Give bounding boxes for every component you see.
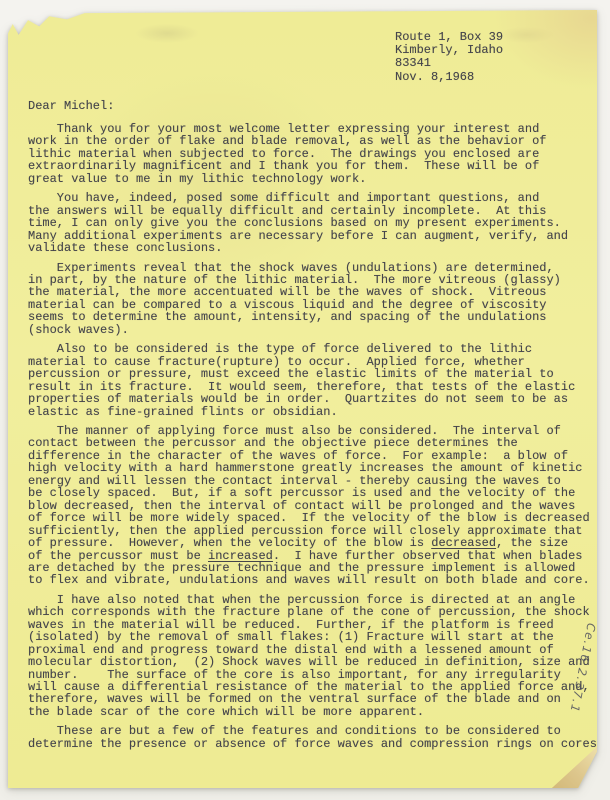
salutation: Dear Michel: — [28, 99, 114, 113]
text-line: time, I can only give you the conclusion… — [28, 217, 597, 229]
letter-paper: Route 1, Box 39Kimberly, Idaho83341Nov. … — [8, 10, 597, 788]
text-line: the blade scar of the core which will be… — [28, 706, 597, 718]
text-line: validate these conclusions. — [28, 242, 597, 254]
text-line: contact between the percussor and the ob… — [28, 437, 597, 449]
text-line: (shock waves). — [28, 324, 597, 336]
scanned-letter-page: Route 1, Box 39Kimberly, Idaho83341Nov. … — [0, 0, 610, 800]
text-line: molecular distortion, (2) Shock waves wi… — [28, 656, 597, 668]
text-line: which corresponds with the fracture plan… — [28, 606, 597, 618]
paragraph: Also to be considered is the type of for… — [28, 343, 597, 418]
text-line: determine the presence or absence of for… — [28, 738, 597, 750]
text-line: properties of materials would be in orde… — [28, 393, 597, 405]
text-line: of force will be more widely spaced. If … — [28, 512, 597, 524]
paragraph: These are but a few of the features and … — [28, 725, 597, 750]
paragraph: Thank you for your most welcome letter e… — [28, 123, 597, 185]
letter-body: Thank you for your most welcome letter e… — [28, 123, 597, 750]
text-line: You have, indeed, posed some difficult a… — [28, 192, 597, 204]
text-line: to flex and vibrate, undulations and wav… — [28, 574, 597, 586]
paragraph: The manner of applying force must also b… — [28, 425, 597, 587]
text-line: of pressure. However, when the velocity … — [28, 537, 597, 549]
text-line: These are but a few of the features and … — [28, 725, 597, 737]
paragraph: Experiments reveal that the shock waves … — [28, 262, 597, 337]
text-line: Also to be considered is the type of for… — [28, 343, 597, 355]
paragraph: I have also noted that when the percussi… — [28, 594, 597, 719]
text-line: percussion or pressure, must exceed the … — [28, 368, 597, 380]
text-line: high velocity with a hard hammerstone gr… — [28, 462, 597, 474]
paper-shadow: Route 1, Box 39Kimberly, Idaho83341Nov. … — [8, 10, 597, 788]
paragraph: You have, indeed, posed some difficult a… — [28, 192, 597, 254]
text-line: (isolated) by the removal of small flake… — [28, 631, 597, 643]
text-line: elastic as fine-grained flints or obsidi… — [28, 406, 597, 418]
text-line: great value to me in my lithic technolog… — [28, 173, 597, 185]
text-line: seems to determine the amount, intensity… — [28, 311, 597, 323]
return-address: Route 1, Box 39Kimberly, Idaho83341Nov. … — [395, 31, 503, 84]
text-line: Nov. 8,1968 — [395, 71, 503, 84]
text-line: 83341 — [395, 57, 503, 70]
text-line: be closely spaced. But, if a soft percus… — [28, 487, 597, 499]
text-line: extraordinarily magnificent and I thank … — [28, 160, 597, 172]
